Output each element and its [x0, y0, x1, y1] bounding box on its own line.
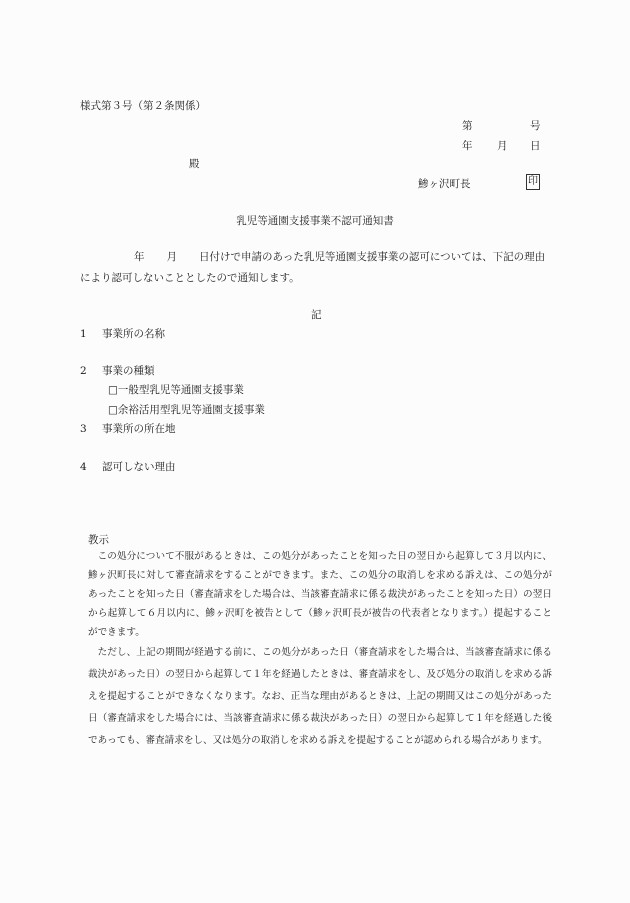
seal-mark: 印	[526, 174, 540, 190]
checkbox-general-type[interactable]: □一般型乳児等通園支援事業	[108, 382, 244, 397]
doc-number-suffix: 号	[530, 118, 541, 133]
kyoji-paragraph-1: この処分について不服があるときは、この処分があったことを知った日の翌日から起算し…	[88, 547, 552, 642]
body-year: 年	[134, 251, 145, 263]
doc-number-prefix: 第	[462, 118, 473, 133]
item-facility-address: 3事業所の所在地	[80, 421, 176, 436]
date-month: 月	[497, 138, 508, 153]
kyoji-paragraph-2: ただし、上記の期間が経過する前に、この処分があった日（審査請求をした場合は、当該…	[88, 642, 552, 752]
checkbox-surplus-type[interactable]: □余裕活用型乳児等通園支援事業	[108, 402, 265, 417]
kyoji-body: この処分について不服があるときは、この処分があったことを知った日の翌日から起算し…	[88, 547, 552, 752]
issuer-name: 鯵ヶ沢町長	[418, 176, 471, 191]
date-day: 日	[530, 138, 541, 153]
date-year: 年	[462, 138, 473, 153]
ki-heading: 記	[311, 307, 322, 322]
item-facility-name: 1事業所の名称	[80, 326, 165, 341]
item-business-type: 2事業の種類	[80, 363, 155, 378]
body-text: 日付けで申請のあった乳児等通園支援事業の認可については、下記の理由により認可しな…	[80, 251, 545, 284]
body-month: 月	[167, 251, 178, 263]
addressee-suffix: 殿	[189, 156, 200, 171]
form-label: 様式第３号（第２条関係）	[80, 98, 206, 113]
document-title: 乳児等通園支援事業不認可通知書	[0, 213, 630, 228]
item-refusal-reason: 4認可しない理由	[80, 459, 176, 474]
kyoji-heading: 教示	[88, 532, 109, 547]
notice-body: 年月日付けで申請のあった乳児等通園支援事業の認可については、下記の理由により認可…	[80, 247, 550, 289]
